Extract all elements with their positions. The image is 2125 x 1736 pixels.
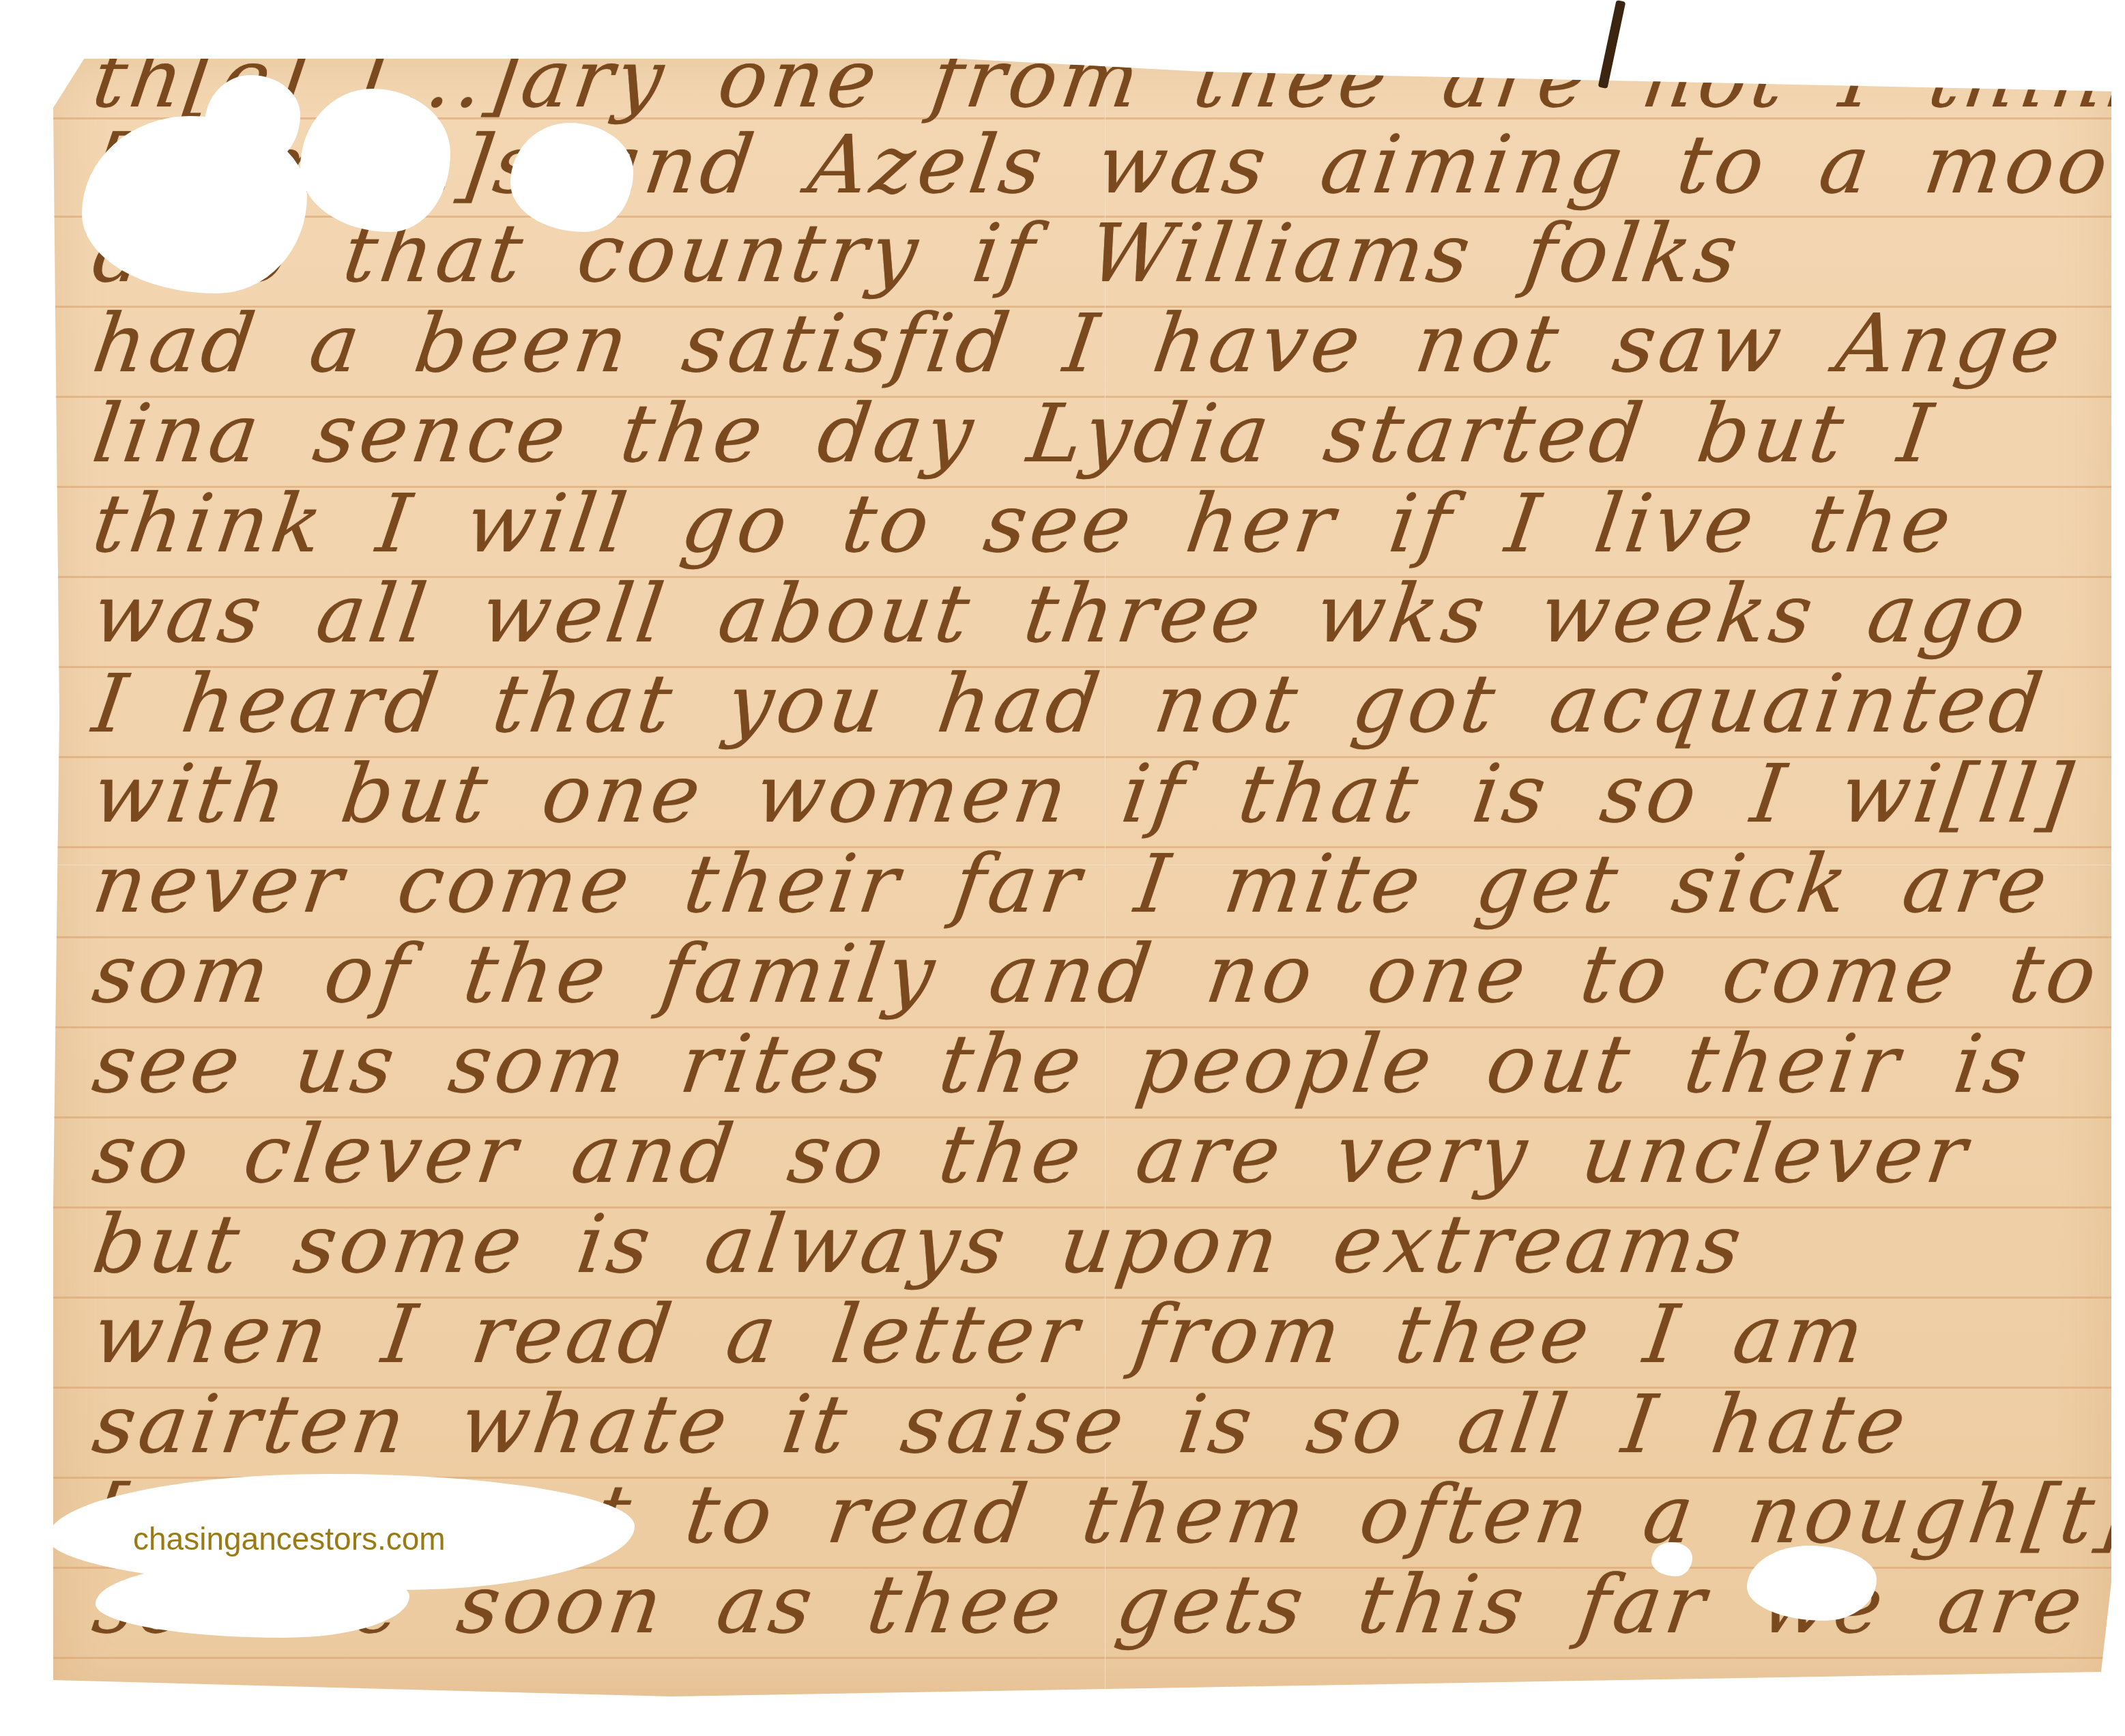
text-line-9: with but one women if that is so I wi[ll… (89, 753, 2081, 834)
text-line-3: d to that country if Williams folks (89, 213, 1746, 293)
text-line-15: when I read a letter from thee I am (89, 1294, 1873, 1374)
letter-paper: th[e] [...]ary one from thee are not I t… (53, 59, 2111, 1696)
text-line-8: I heard that you had not got acquainted (89, 663, 2051, 744)
text-line-12: see us som rites the people out their is (89, 1024, 2036, 1104)
text-line-4: had a been satisfid I have not saw Ange (89, 303, 2069, 384)
paper-hole (1651, 1542, 1692, 1576)
text-line-11: som of the family and no one to come to (89, 934, 2105, 1014)
paper-hole (1747, 1546, 1877, 1621)
watermark: chasingancestors.com (133, 1520, 446, 1557)
text-line-7: was all well about three wks weeks ago (89, 573, 2035, 654)
text-line-14: but some is always upon extreams (89, 1204, 1750, 1284)
text-line-10: never come their far I mite get sick are (89, 843, 2056, 924)
paper-hole (82, 116, 307, 293)
text-line-13: so clever and so the are very unclever (89, 1114, 1976, 1194)
text-line-16: sairten whate it saise is so all I hate (89, 1384, 1915, 1464)
paper-hole (510, 123, 633, 232)
text-line-5: lina sence the day Lydia started but I (89, 393, 1941, 474)
text-line-6: think I will go to see her if I live the (89, 483, 1960, 564)
ruled-line (53, 45, 2111, 47)
handwritten-text: th[e] [...]ary one from thee are not I t… (53, 59, 2111, 1696)
ink-blot (1598, 0, 1626, 89)
paper-hole (341, 136, 444, 218)
